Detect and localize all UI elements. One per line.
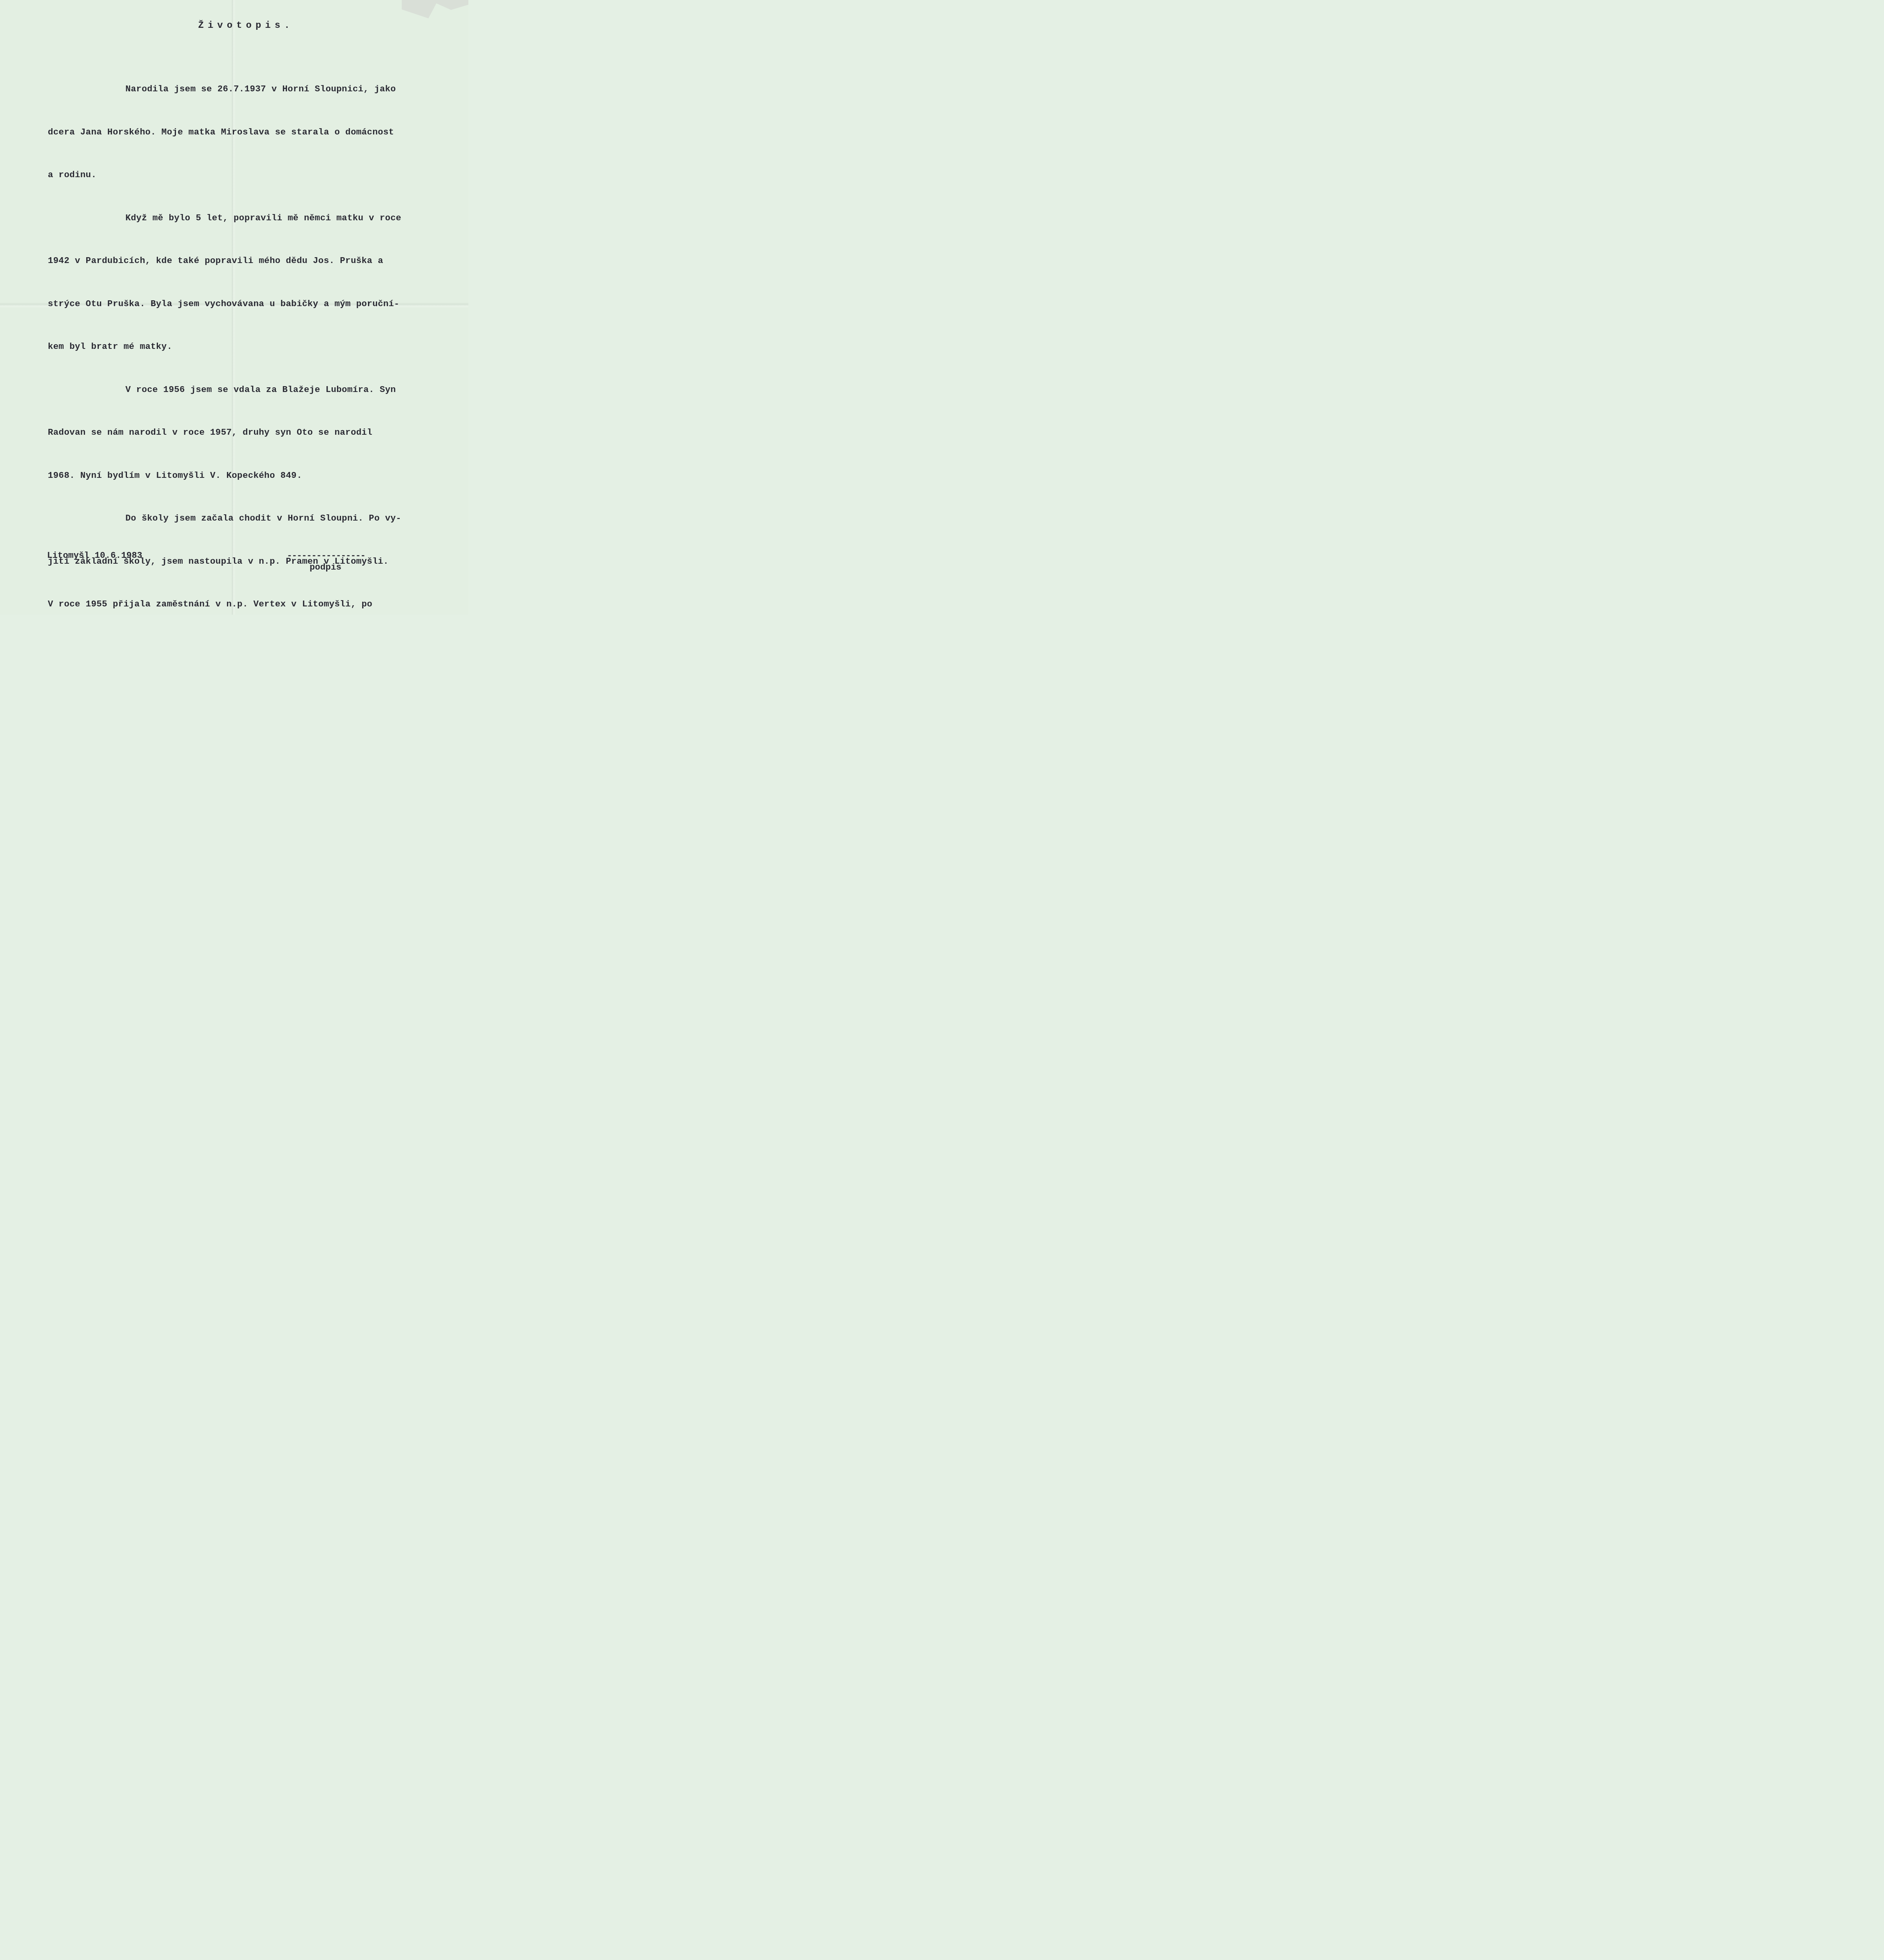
text-line: Narodila jsem se 26.7.1937 v Horní Sloup… bbox=[48, 82, 432, 96]
text-line: Když mě bylo 5 let, popravili mě němci m… bbox=[48, 211, 432, 225]
text-line: 1942 v Pardubicích, kde také popravili m… bbox=[48, 254, 432, 268]
text-line: 1968. Nyní bydlím v Litomyšli V. Kopecké… bbox=[48, 468, 432, 483]
text-line: dcera Jana Horského. Moje matka Miroslav… bbox=[48, 125, 432, 140]
text-line: V roce 1955 přijala zaměstnání v n.p. Ve… bbox=[48, 597, 432, 612]
text-line: a rodinu. bbox=[48, 168, 432, 182]
text-line: Do školy jsem začala chodit v Horní Slou… bbox=[48, 511, 432, 526]
text-line: strýce Otu Pruška. Byla jsem vychovávana… bbox=[48, 297, 432, 311]
text-line: kem byl bratr mé matky. bbox=[48, 339, 432, 354]
text-line: V roce 1956 jsem se vdala za Blažeje Lub… bbox=[48, 383, 432, 397]
place-and-date: Litomyšl 10.6.1983 bbox=[47, 550, 142, 561]
document-body: Narodila jsem se 26.7.1937 v Horní Sloup… bbox=[48, 53, 432, 615]
signature-line: ---------------- bbox=[287, 550, 365, 561]
document-title: Životopis. bbox=[0, 20, 468, 31]
signature-label: podpis bbox=[310, 562, 341, 572]
text-line: Radovan se nám narodil v roce 1957, druh… bbox=[48, 425, 432, 440]
